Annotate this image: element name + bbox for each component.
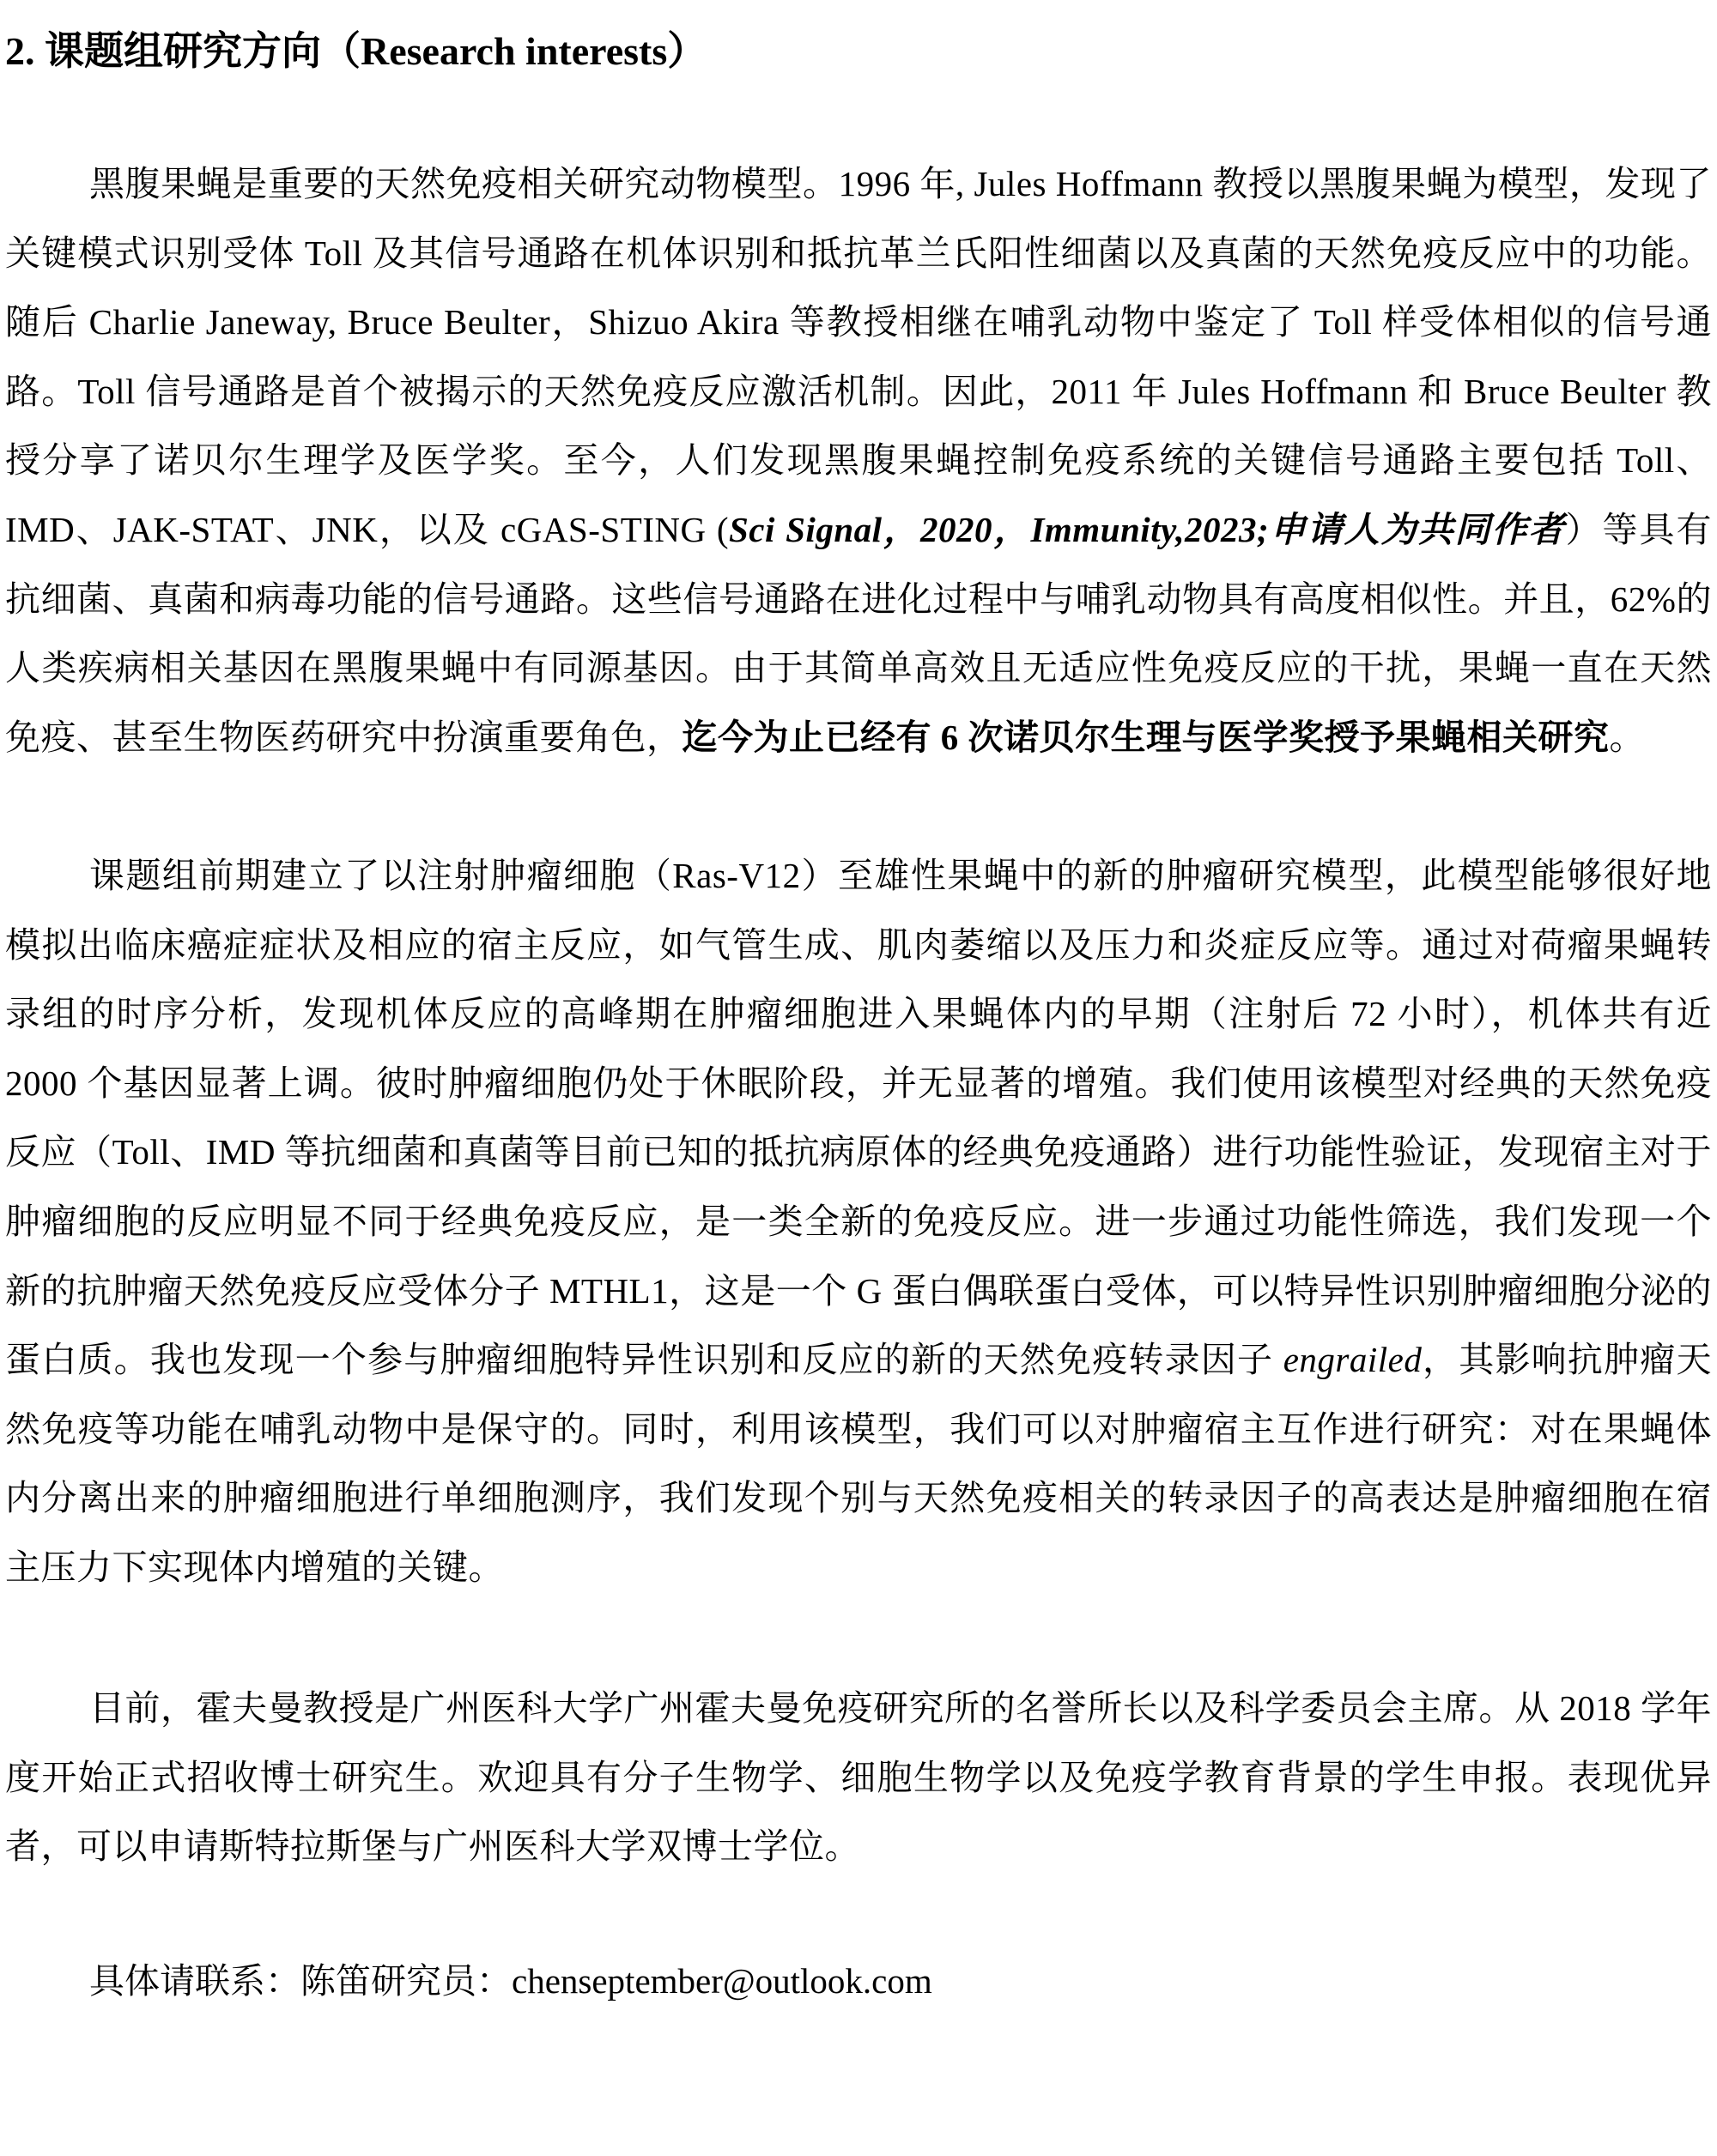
contact-email[interactable]: chenseptember@outlook.com	[512, 1961, 932, 2001]
contact-label: 具体请联系：	[89, 1961, 300, 2001]
section-title-en: （Research interests）	[321, 29, 707, 73]
paragraph-tumor-model: 课题组前期建立了以注射肿瘤细胞（Ras-V12）至雄性果蝇中的新的肿瘤研究模型，…	[5, 841, 1712, 1602]
paragraph-text: 黑腹果蝇是重要的天然免疫相关研究动物模型。1996 年, Jules Hoffm…	[5, 164, 1712, 549]
nobel-emphasis: 迄今为止已经有 6 次诺贝尔生理与医学奖授予果蝇相关研究	[683, 718, 1610, 757]
paragraph-recruitment: 目前，霍夫曼教授是广州医科大学广州霍夫曼免疫研究所的名誉所长以及科学委员会主席。…	[5, 1674, 1712, 1881]
citation-coauthor-note: 申请人为共同作者	[1269, 510, 1565, 549]
paragraph-text: 课题组前期建立了以注射肿瘤细胞（Ras-V12）至雄性果蝇中的新的肿瘤研究模型，…	[5, 856, 1712, 1379]
paragraph-drosophila-immunity: 黑腹果蝇是重要的天然免疫相关研究动物模型。1996 年, Jules Hoffm…	[5, 149, 1712, 772]
section-heading: 2. 课题组研究方向（Research interests）	[5, 24, 707, 79]
paragraph-text: 目前，霍夫曼教授是广州医科大学广州霍夫曼免疫研究所的名誉所长以及科学委员会主席。…	[5, 1688, 1712, 1866]
contact-line: 具体请联系：陈笛研究员：chenseptember@outlook.com	[89, 1947, 932, 2015]
citation-journals: Sci Signal，2020，Immunity,2023;	[729, 510, 1269, 549]
section-number: 2.	[5, 29, 35, 73]
section-title-cn: 课题组研究方向	[45, 29, 321, 73]
paragraph-end: 。	[1610, 718, 1646, 757]
gene-name: engrailed	[1283, 1340, 1423, 1379]
contact-person: 陈笛研究员：	[300, 1961, 512, 2001]
